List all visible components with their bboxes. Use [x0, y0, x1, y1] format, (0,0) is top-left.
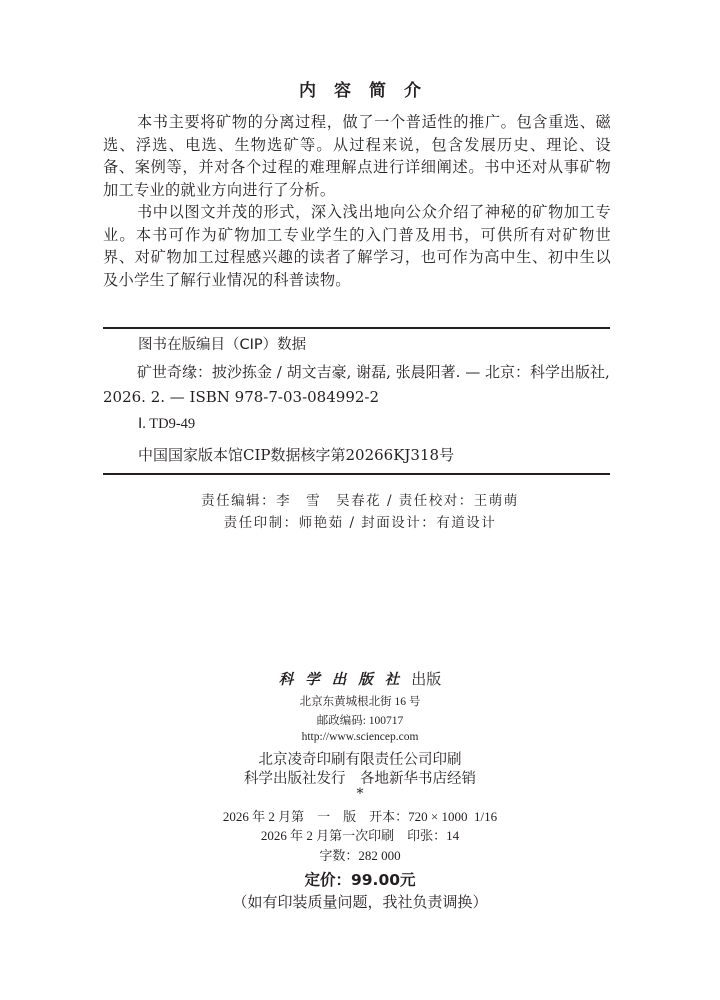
cip-top-divider	[103, 327, 610, 329]
printing-info: 2026 年 2 月第一次印刷 印张：14	[0, 825, 720, 844]
publisher-url: http://www.sciencep.com	[0, 731, 720, 743]
cip-entry: 矿世奇缘：披沙拣金 / 胡文吉豪, 谢磊, 张晨阳著. — 北京：科学出版社, …	[103, 360, 610, 410]
asterisk-separator: *	[0, 786, 720, 802]
distribution-info: 科学出版社发行 各地新华书店经销	[0, 767, 720, 788]
summary-title: 内容简介	[0, 76, 720, 101]
quality-notice: （如有印装质量问题，我社负责调换）	[0, 891, 720, 912]
word-count: 字数：282 000	[0, 845, 720, 864]
publisher-line: 科学出版社出版	[0, 668, 720, 689]
summary-paragraph-2: 书中以图文并茂的形式，深入浅出地向公众介绍了神秘的矿物加工专业。本书可作为矿物加…	[103, 201, 611, 291]
production-credits: 责任印制：师艳茹 / 封面设计：有道设计	[0, 511, 720, 531]
cip-classification: Ⅰ. TD9-49	[138, 416, 195, 433]
publisher-suffix: 出版	[411, 670, 441, 688]
postal-code: 邮政编码: 100717	[0, 712, 720, 728]
edition-info: 2026 年 2 月第 一 版 开本：720 × 1000 1/16	[0, 806, 720, 825]
cip-record-number: 中国国家版本馆CIP数据核字第20266KJ318号	[138, 444, 454, 465]
printer-info: 北京凌奇印刷有限责任公司印刷	[0, 748, 720, 769]
price: 定价：99.00元	[0, 868, 720, 890]
publisher-address: 北京东黄城根北街 16 号	[0, 693, 720, 709]
summary-paragraph-1: 本书主要将矿物的分离过程，做了一个普适性的推广。包含重选、磁选、浮选、电选、生物…	[103, 111, 611, 201]
cip-bottom-divider	[103, 473, 610, 475]
cip-heading: 图书在版编目（CIP）数据	[138, 333, 306, 354]
publisher-logo: 科学出版社	[279, 671, 412, 688]
editor-credits: 责任编辑：李 雪 吴春花 / 责任校对：王萌萌	[0, 489, 720, 509]
